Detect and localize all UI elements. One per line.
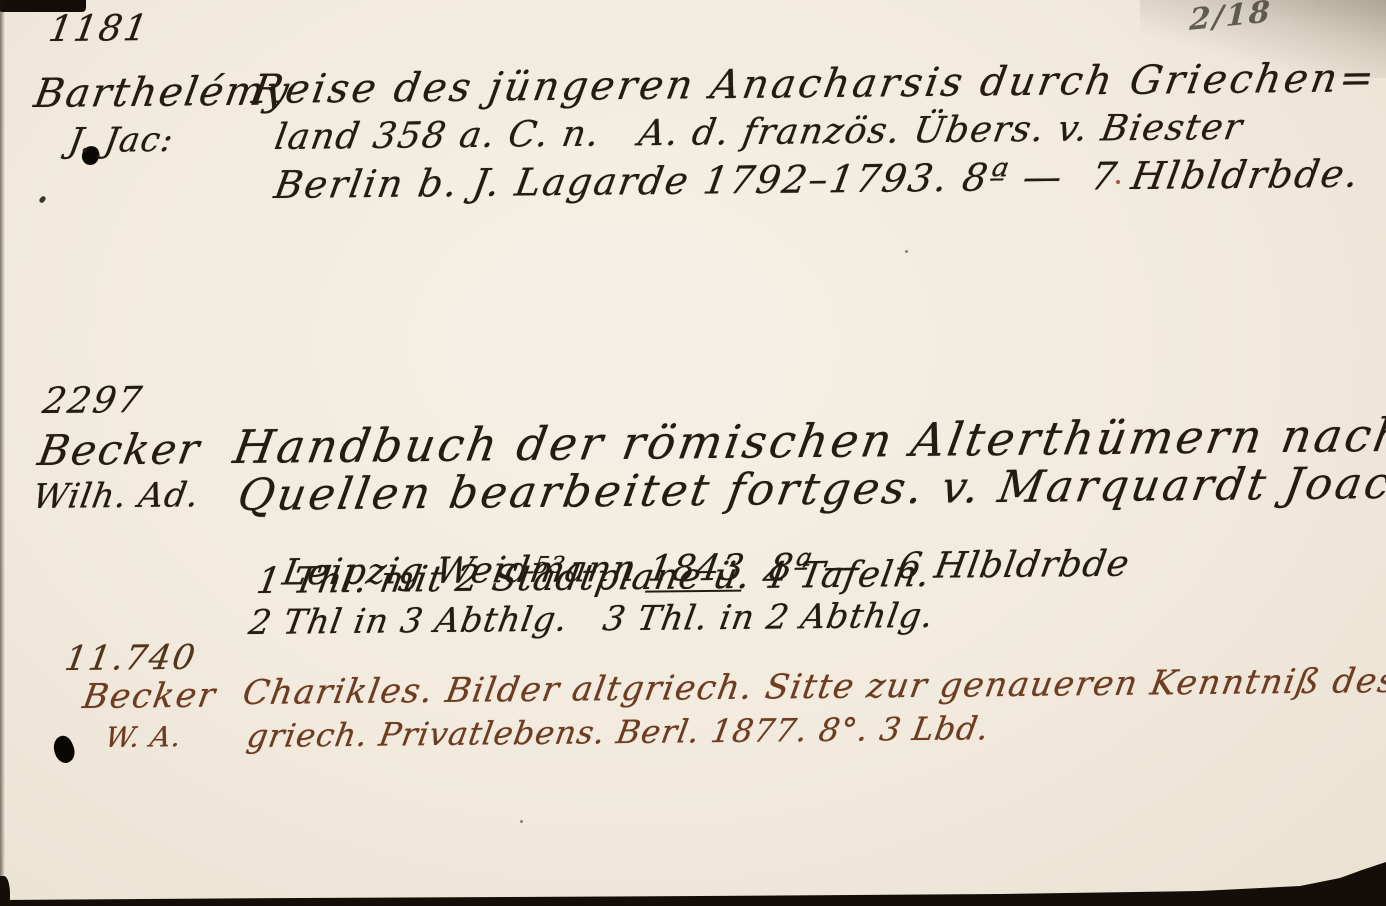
entry1-title-line2: land 358 a. C. n. A. d. französ. Übers. … <box>272 110 1246 156</box>
entry2-title-line2: Quellen bearbeitet fortges. v. Marquardt… <box>235 461 1386 518</box>
entry3-author-margin: W. A. <box>103 723 184 752</box>
ink-speck <box>38 195 46 204</box>
entry2-author-margin: Wilh. Ad. <box>30 478 202 514</box>
entry3-number: 11.740 <box>62 641 199 676</box>
entry3-title-line2: griech. Privatlebens. Berl. 1877. 8°. 3 … <box>245 712 992 752</box>
paper-speck <box>905 250 908 253</box>
entry2-note-line2: 2 Thl in 3 Abthlg. 3 Thl. in 2 Abthlg. <box>246 599 936 640</box>
pencil-shelfmark: 2/18 <box>1189 0 1272 36</box>
entry1-imprint: Berlin b. J. Lagarde 1792–1793. 8ª — 7 H… <box>272 155 1363 204</box>
entry1-number: 1181 <box>46 11 152 48</box>
punch-hole <box>49 733 79 766</box>
catalog-card: 2/18 1181 Barthelémy Reise des jüngeren … <box>0 0 1386 906</box>
scan-edge-bottom <box>0 856 1386 906</box>
entry1-title-line1: Reise des jüngeren Anacharsis durch Grie… <box>249 58 1379 110</box>
entry1-author-margin: J. Jac: <box>66 123 176 158</box>
entry3-author: Becker <box>80 679 219 714</box>
entry2-author: Becker <box>35 428 204 472</box>
entry3-title-line1: Charikles. Bilder altgriech. Sitte zur g… <box>240 664 1386 710</box>
entry2-number: 2297 <box>40 383 146 420</box>
scan-edge-bottom-left-blob <box>0 876 10 906</box>
scan-edge-left <box>0 0 5 906</box>
paper-speck <box>520 820 523 823</box>
entry2-note-line1: 1 Thl. mit 2 Stadtplane ü. 4 Tafeln. <box>254 557 933 600</box>
